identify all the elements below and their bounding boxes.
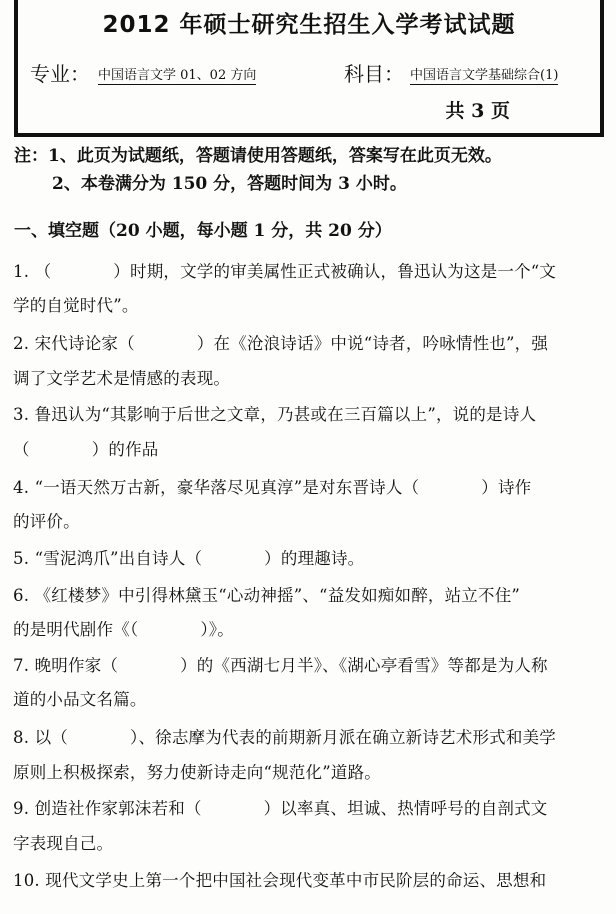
question-3-line-2: （）的作品 xyxy=(13,436,605,460)
question-9-line-2: 字表现自己。 xyxy=(13,830,605,854)
exam-header-box: 2012 年硕士研究生招生入学考试试题 专业： 中国语言文学 01、02 方向 … xyxy=(14,0,604,137)
question-6-line-1: 6. 《红楼梦》中引得林黛玉“心动神摇”、“益发如痴如醉，站立不住” xyxy=(13,582,605,606)
question-5-line-1: 5. “雪泥鸿爪”出自诗人（）的理趣诗。 xyxy=(13,545,605,569)
question-8-line-1: 8. 以（）、徐志摩为代表的前期新月派在确立新诗艺术形式和美学 xyxy=(13,724,605,748)
section-title: 一、填空题（20 小题，每小题 1 分，共 20 分） xyxy=(14,216,392,241)
question-4-line-1: 4. “一语天然万古新，豪华落尽见真淳”是对东晋诗人（）诗作 xyxy=(13,474,605,498)
question-7-line-1: 7. 晚明作家（）的《西湖七月半》、《湖心亭看雪》等都是为人称 xyxy=(13,652,605,676)
exam-notes: 注：1、此页为试题纸，答题请使用答题纸，答案写在此页无效。 2、本卷满分为 15… xyxy=(14,142,502,198)
question-6-line-2: 的是明代剧作《（）》。 xyxy=(13,616,605,640)
question-2-line-2: 调了文学艺术是情感的表现。 xyxy=(13,365,605,389)
exam-meta-row: 专业： 中国语言文学 01、02 方向 科目： 中国语言文学基础综合(1) xyxy=(30,58,590,88)
question-3-line-1: 3. 鲁迅认为“其影响于后世之文章，乃甚或在三百篇以上”，说的是诗人 xyxy=(13,401,605,425)
question-8-line-2: 原则上积极探索，努力使新诗走向“规范化”道路。 xyxy=(13,759,605,783)
note-1: 注：1、此页为试题纸，答题请使用答题纸，答案写在此页无效。 xyxy=(14,142,502,170)
major-value: 中国语言文学 01、02 方向 xyxy=(98,64,256,85)
major-label: 专业： xyxy=(30,58,90,87)
question-1-line-2: 学的自觉时代”。 xyxy=(13,292,605,316)
question-4-line-2: 的评价。 xyxy=(13,508,605,532)
question-9-line-1: 9. 创造社作家郭沫若和（）以率真、坦诚、热情呼号的自剖式文 xyxy=(13,795,605,819)
page-count: 共 3 页 xyxy=(446,96,510,123)
subject-label: 科目： xyxy=(344,58,404,87)
question-2-line-1: 2. 宋代诗论家（）在《沧浪诗话》中说“诗者，吟咏情性也”，强 xyxy=(13,330,605,354)
question-10-line-1: 10. 现代文学史上第一个把中国社会现代变革中市民阶层的命运、思想和 xyxy=(13,867,605,891)
subject-value: 中国语言文学基础综合(1) xyxy=(410,64,558,85)
exam-title: 2012 年硕士研究生招生入学考试试题 xyxy=(18,6,600,39)
question-7-line-2: 道的小品文名篇。 xyxy=(13,686,605,710)
note-2: 2、本卷满分为 150 分，答题时间为 3 小时。 xyxy=(14,170,502,198)
question-1-line-1: 1. （）时期，文学的审美属性正式被确认，鲁迅认为这是一个“文 xyxy=(13,258,605,282)
